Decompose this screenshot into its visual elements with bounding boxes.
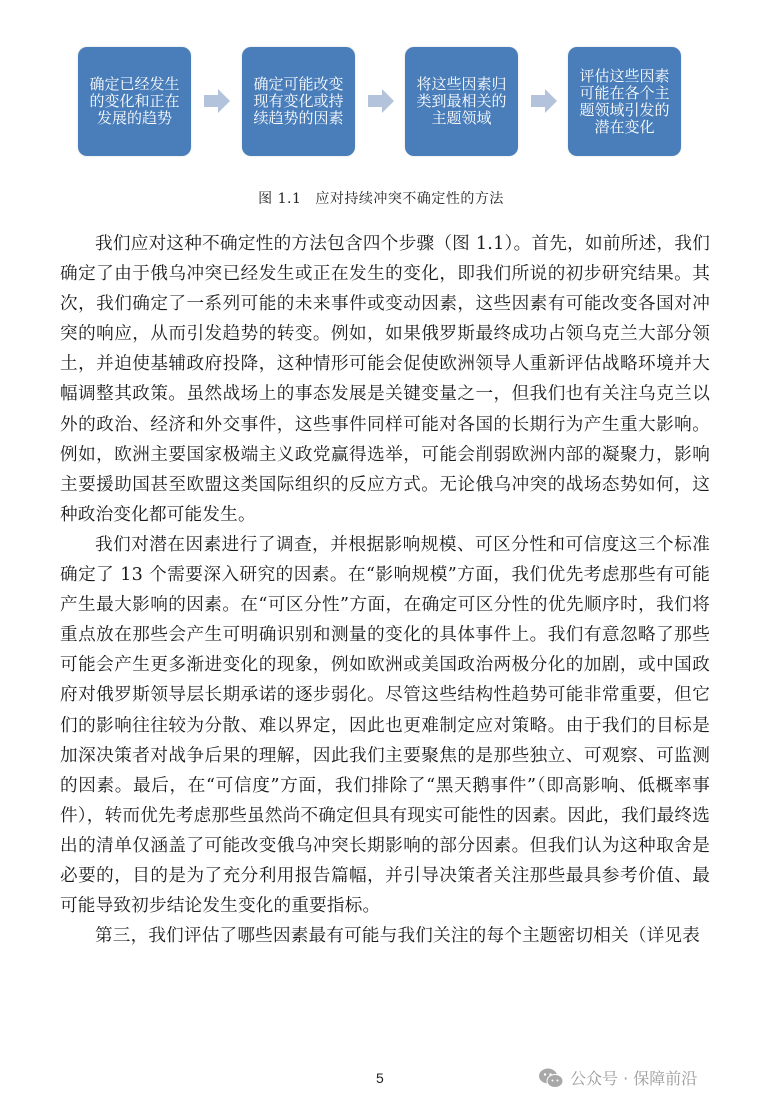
flow-step-label: 确定可能改变现有变化或持续趋势的因素 — [251, 76, 347, 127]
flow-step-2: 确定可能改变现有变化或持续趋势的因素 — [242, 47, 355, 156]
paragraph: 我们对潜在因素进行了调查，并根据影响规模、可区分性和可信度这三个标准确定了 13… — [60, 530, 710, 921]
flow-step-label: 评估这些因素可能在各个主题领域引发的潜在变化 — [577, 68, 673, 136]
flowchart-figure: 确定已经发生的变化和正在发展的趋势 确定可能改变现有变化或持续趋势的因素 将这些… — [0, 0, 762, 180]
flow-step-1: 确定已经发生的变化和正在发展的趋势 — [78, 47, 191, 156]
right-arrow-icon — [204, 89, 230, 113]
paragraph: 我们应对这种不确定性的方法包含四个步骤（图 1.1）。首先，如前所述，我们确定了… — [60, 229, 710, 530]
figure-title: 应对持续冲突不确定性的方法 — [315, 191, 504, 207]
page-number: 5 — [376, 1070, 384, 1086]
flow-step-4: 评估这些因素可能在各个主题领域引发的潜在变化 — [568, 47, 681, 156]
figure-caption: 图 1.1应对持续冲突不确定性的方法 — [0, 188, 762, 208]
watermark: 公众号 · 保障前沿 — [538, 1066, 697, 1089]
flow-step-3: 将这些因素归类到最相关的主题领域 — [405, 47, 518, 156]
watermark-text: 公众号 · 保障前沿 — [570, 1066, 697, 1089]
figure-number: 图 1.1 — [258, 191, 301, 207]
paragraph: 第三，我们评估了哪些因素最有可能与我们关注的每个主题密切相关（详见表 — [60, 921, 710, 951]
flow-step-label: 确定已经发生的变化和正在发展的趋势 — [87, 76, 183, 127]
body-text: 我们应对这种不确定性的方法包含四个步骤（图 1.1）。首先，如前所述，我们确定了… — [60, 229, 710, 951]
flow-step-label: 将这些因素归类到最相关的主题领域 — [414, 76, 510, 127]
wechat-icon — [538, 1068, 564, 1088]
right-arrow-icon — [368, 89, 394, 113]
right-arrow-icon — [531, 89, 557, 113]
